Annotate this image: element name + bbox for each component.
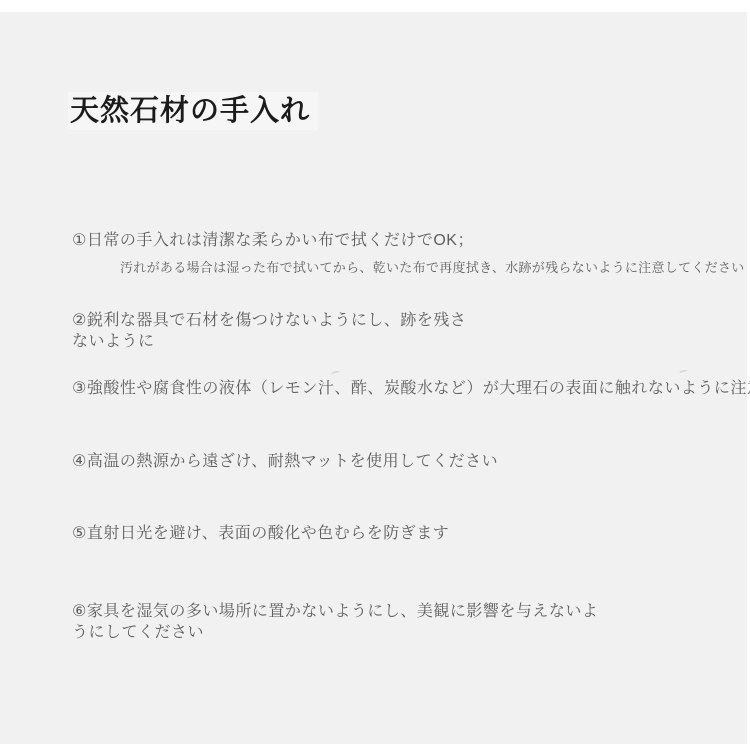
care-item-2: ②鋭利な器具で石材を傷つけないようにし、跡を残さないように [72,310,472,352]
smudge-artifact [331,370,341,377]
page-title: 天然石材の手入れ [68,92,318,130]
care-item-3: ③強酸性や腐食性の液体（レモン汁、酢、炭酸水など）が大理石の表面に触れないように… [72,378,722,399]
care-item-1-note: 汚れがある場合は湿った布で拭いてから、乾いた布で再度拭き、水跡が残らないように注… [120,259,745,276]
care-item-4: ④高温の熱源から遠ざけ、耐熱マットを使用してください [72,451,692,472]
smudge-artifact [679,369,689,376]
care-instructions-page: 天然石材の手入れ ①日常の手入れは清潔な柔らかい布で拭くだけでOK； 汚れがある… [0,0,750,746]
care-item-5: ⑤直射日光を避け、表面の酸化や色むらを防ぎます [72,523,692,544]
content-panel: 天然石材の手入れ ①日常の手入れは清潔な柔らかい布で拭くだけでOK； 汚れがある… [0,12,747,744]
care-item-6: ⑥家具を湿気の多い場所に置かないようにし、美観に影響を与えないようにしてください [72,601,612,643]
care-item-1: ①日常の手入れは清潔な柔らかい布で拭くだけでOK； [72,230,692,251]
